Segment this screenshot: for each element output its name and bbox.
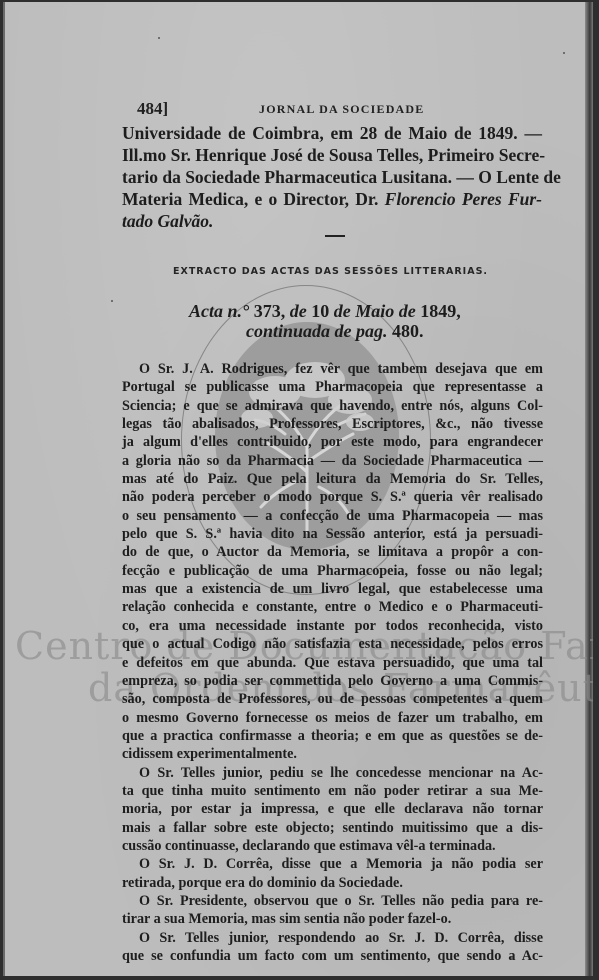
text-line: que a practica confirmasse a theoria; e … bbox=[122, 727, 543, 745]
text-line: empreza, so podia ser commettida pelo Go… bbox=[122, 672, 543, 690]
page-left-edge bbox=[3, 2, 5, 976]
acta-prefix: Acta n.° bbox=[189, 301, 249, 321]
text-line: Universidade de Coimbra, em 28 de Maio d… bbox=[122, 122, 542, 144]
paragraph-correa: O Sr. J. D. Corrêa, disse que a Memoria … bbox=[122, 855, 543, 892]
text-line: são, composta de Professores, ou de pess… bbox=[122, 690, 543, 708]
text-line: a gloria não so da Pharmacia — da Socied… bbox=[122, 452, 543, 470]
text-line: fecção e publicação de uma Pharmacopeia,… bbox=[122, 562, 543, 580]
text-line: e defeitos em que abunda. Que estava per… bbox=[122, 654, 543, 672]
text-line: O Sr. J. A. Rodrigues, fez vêr que tambe… bbox=[122, 360, 543, 378]
text-line: Ill.mo Sr. Henrique José de Sousa Telles… bbox=[122, 144, 542, 166]
text-line: mas que a existencia de um livro legal, … bbox=[122, 580, 543, 598]
text-line: legas tão abalisados, Professores, Escri… bbox=[122, 415, 543, 433]
text-line: que o actual Codigo não satisfazia esta … bbox=[122, 635, 543, 653]
text-line: Materia Medica, e o Director, Dr. Floren… bbox=[122, 188, 542, 210]
text-line: relação conhecida e constante, entre o M… bbox=[122, 598, 543, 616]
text-line: pelo que S. S.ª havia dito na Sessão ant… bbox=[122, 525, 543, 543]
text-line-part: Materia Medica, e o Director, Dr. bbox=[122, 189, 385, 209]
text-line: Sciencia; e que se admirava que havendo,… bbox=[122, 397, 543, 415]
acta-day: 10 bbox=[311, 301, 329, 321]
continuation-page: 480. bbox=[392, 321, 424, 341]
running-head-title: JORNAL DA SOCIEDADE bbox=[259, 102, 425, 117]
scanned-page: Centro de Documentação Farmacêutica da O… bbox=[3, 2, 593, 976]
text-line: tario da Sociedade Pharmaceutica Lusitan… bbox=[122, 166, 542, 188]
continuation-label: continuada de pag. bbox=[246, 321, 388, 341]
text-line: não podera perceber o modo porque S. S.ª… bbox=[122, 488, 543, 506]
paragraph-presidente: O Sr. Presidente, observou que o Sr. Tel… bbox=[122, 892, 543, 929]
acta-month: de Maio de bbox=[334, 301, 416, 321]
text-line: O Sr. J. D. Corrêa, disse que a Memoria … bbox=[122, 855, 543, 873]
paper-speck bbox=[158, 37, 160, 39]
text-line: O Sr. Telles junior, pediu se lhe conced… bbox=[122, 764, 543, 782]
text-line: Portugal se publicasse uma Pharmacopeia … bbox=[122, 378, 543, 396]
text-line: o seu pensamento — a confecção de uma Ph… bbox=[122, 507, 543, 525]
acta-title: Acta n.° 373, de 10 de Maio de 1849, bbox=[189, 301, 461, 322]
binding-gutter bbox=[585, 2, 593, 976]
paper-speck bbox=[203, 917, 205, 919]
paragraph-telles-reply: O Sr. Telles junior, respondendo ao Sr. … bbox=[122, 929, 543, 966]
minutes-body: O Sr. J. A. Rodrigues, fez vêr que tambe… bbox=[122, 360, 543, 965]
section-divider bbox=[325, 235, 345, 237]
acta-year: 1849, bbox=[420, 301, 461, 321]
text-line: do de que, o Auctor da Memoria, se limit… bbox=[122, 543, 543, 561]
letter-closing: Universidade de Coimbra, em 28 de Maio d… bbox=[122, 122, 542, 232]
text-line: cussão continuasse, declarando que estim… bbox=[122, 837, 543, 855]
text-line: mas até do Paiz. Que pela leitura da Mem… bbox=[122, 470, 543, 488]
paper-speck bbox=[511, 957, 513, 959]
paragraph-rodrigues: O Sr. J. A. Rodrigues, fez vêr que tambe… bbox=[122, 360, 543, 764]
section-heading: EXTRACTO DAS ACTAS DAS SESSÕES LITTERARI… bbox=[173, 266, 488, 277]
paper-speck bbox=[111, 300, 113, 302]
acta-continuation: continuada de pag. 480. bbox=[246, 321, 424, 342]
text-line: tirar a sua Memoria, mas sim sentia não … bbox=[122, 910, 543, 928]
text-line: cidissem experimentalmente. bbox=[122, 745, 543, 763]
text-line: ja algum d'elles contribuido, por este m… bbox=[122, 433, 543, 451]
text-line: ta que tinha muito sentimento em não pod… bbox=[122, 782, 543, 800]
page-number: 484] bbox=[137, 99, 168, 119]
text-line: O Sr. Telles junior, respondendo ao Sr. … bbox=[122, 929, 543, 947]
text-line: o mesmo Governo fornecesse os meios de f… bbox=[122, 709, 543, 727]
text-line: que se confundia um facto com um sentime… bbox=[122, 947, 543, 965]
paper-speck bbox=[563, 52, 565, 54]
acta-number: 373, bbox=[254, 301, 286, 321]
text-line: mais a fallar sobre este objecto; sentin… bbox=[122, 819, 543, 837]
paper-speck bbox=[511, 900, 513, 902]
text-line: co, era uma necessidade instante por tod… bbox=[122, 617, 543, 635]
text-line: moria, por estar ja impressa, e que elle… bbox=[122, 800, 543, 818]
signature-name: Florencio Peres Fur- bbox=[385, 189, 542, 209]
acta-de: de bbox=[290, 301, 307, 321]
text-line: O Sr. Presidente, observou que o Sr. Tel… bbox=[122, 892, 543, 910]
text-line: tado Galvão. bbox=[122, 210, 542, 232]
text-line: retirada, porque era do dominio da Socie… bbox=[122, 874, 543, 892]
paragraph-telles-junior: O Sr. Telles junior, pediu se lhe conced… bbox=[122, 764, 543, 856]
